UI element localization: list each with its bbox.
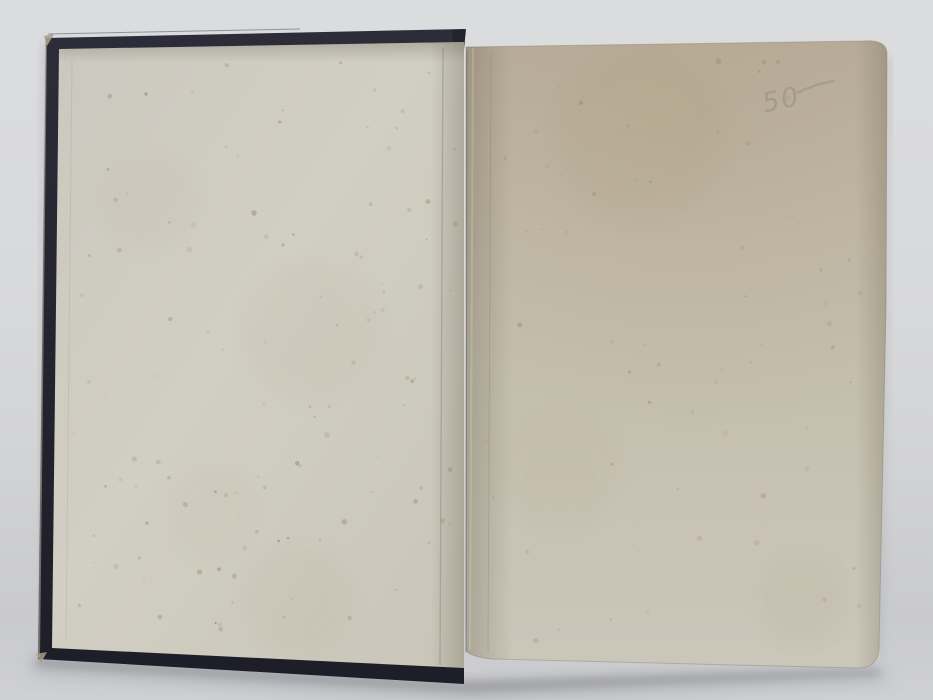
foxing-spot xyxy=(158,615,163,620)
foxing-spot xyxy=(842,567,843,568)
foxing-spot xyxy=(381,283,383,285)
foxing-spot xyxy=(395,589,397,591)
foxing-spot xyxy=(714,381,717,384)
foxing-spot xyxy=(761,343,763,345)
foxing-spot xyxy=(277,540,280,543)
foxing-spot xyxy=(263,342,266,345)
foxing-spot xyxy=(218,627,223,632)
foxing-spot xyxy=(383,291,386,294)
foxing-spot xyxy=(263,403,265,405)
stain-blotch xyxy=(555,55,725,225)
foxing-spot xyxy=(543,523,545,525)
foxing-spot xyxy=(187,247,192,252)
foxing-spot xyxy=(380,308,384,312)
foxing-spot xyxy=(753,293,755,295)
foxing-spot xyxy=(643,343,646,346)
foxing-spot xyxy=(366,126,368,128)
foxing-spot xyxy=(541,229,543,231)
foxing-spot xyxy=(213,97,215,99)
foxing-spot xyxy=(78,604,81,607)
right-flyleaf-page: 50 xyxy=(440,30,900,690)
foxing-spot xyxy=(292,233,294,235)
foxing-spot xyxy=(278,120,281,123)
foxing-spot xyxy=(652,185,654,187)
foxing-spot xyxy=(138,556,141,559)
foxing-spot xyxy=(200,240,202,242)
foxing-spot xyxy=(723,431,728,436)
foxing-spot xyxy=(156,375,159,378)
foxing-spot xyxy=(319,538,322,541)
foxing-spot xyxy=(758,70,760,72)
foxing-spot xyxy=(287,537,290,540)
foxing-spot xyxy=(719,367,723,371)
foxing-spot xyxy=(418,284,423,289)
foxing-spot xyxy=(848,259,851,262)
foxing-spot xyxy=(267,215,269,217)
stain-blotch xyxy=(245,545,355,655)
foxing-spot xyxy=(255,530,258,533)
foxing-spot xyxy=(206,331,209,334)
foxing-spot xyxy=(823,301,828,306)
foxing-spot xyxy=(648,401,651,404)
foxing-spot xyxy=(104,485,107,488)
foxing-spot xyxy=(113,564,119,570)
foxing-spot xyxy=(741,246,745,250)
foxing-spot xyxy=(657,363,661,367)
foxing-spot xyxy=(428,72,430,74)
foxing-spot xyxy=(80,293,84,297)
foxing-spot xyxy=(448,467,453,472)
foxing-spot xyxy=(224,493,228,497)
stain-blotch xyxy=(165,465,255,555)
foxing-spot xyxy=(106,168,109,171)
foxing-spot xyxy=(324,432,330,438)
foxing-spot xyxy=(215,622,217,624)
foxing-spot xyxy=(144,92,148,96)
foxing-spot xyxy=(865,234,867,236)
foxing-spot xyxy=(526,230,528,232)
foxing-spot xyxy=(167,476,171,480)
photo-scene: 50 xyxy=(0,0,933,700)
foxing-spot xyxy=(72,433,74,435)
cloth-top-sheen xyxy=(48,29,300,34)
foxing-spot xyxy=(611,463,614,466)
foxing-spot xyxy=(347,616,351,620)
foxing-spot xyxy=(237,155,239,157)
foxing-spot xyxy=(145,522,148,525)
foxing-spot xyxy=(611,340,615,344)
foxing-spot xyxy=(691,411,694,414)
foxing-spot xyxy=(562,174,564,176)
foxing-spot xyxy=(132,457,137,462)
foxing-spot xyxy=(850,381,852,383)
foxing-spot xyxy=(251,210,257,216)
foxing-spot xyxy=(183,413,185,415)
foxing-spot xyxy=(377,456,379,458)
foxing-spot xyxy=(819,269,822,272)
right-page-texture xyxy=(440,30,900,690)
foxing-spot xyxy=(117,248,122,253)
foxing-spot xyxy=(291,598,293,600)
foxing-spot xyxy=(217,567,221,571)
foxing-spot xyxy=(426,199,431,204)
foxing-spot xyxy=(222,349,224,351)
foxing-spot xyxy=(449,522,451,524)
foxing-spot xyxy=(126,193,128,195)
foxing-spot xyxy=(449,289,452,292)
foxing-spot xyxy=(168,221,170,223)
foxing-spot xyxy=(805,427,808,430)
foxing-spot xyxy=(282,109,284,111)
foxing-spot xyxy=(143,580,146,583)
foxing-spot xyxy=(822,598,826,602)
foxing-spot xyxy=(225,63,229,67)
foxing-spot xyxy=(827,321,833,327)
foxing-spot xyxy=(114,198,118,202)
foxing-spot xyxy=(191,91,194,94)
foxing-spot xyxy=(426,239,428,241)
foxing-spot xyxy=(263,486,266,489)
foxing-spot xyxy=(309,405,312,408)
foxing-spot xyxy=(857,604,862,609)
foxing-spot xyxy=(776,60,780,64)
foxing-spot xyxy=(214,490,217,493)
foxing-spot xyxy=(484,440,488,444)
foxing-spot xyxy=(369,202,373,206)
foxing-spot xyxy=(156,460,161,465)
stain-blotch xyxy=(240,260,380,400)
foxing-spot xyxy=(197,569,202,574)
foxing-spot xyxy=(639,551,640,552)
foxing-spot xyxy=(533,129,538,134)
foxing-spot xyxy=(494,206,496,208)
foxing-spot xyxy=(503,157,506,160)
foxing-spot xyxy=(858,291,863,296)
foxing-spot xyxy=(533,613,535,615)
foxing-spot xyxy=(761,493,767,499)
foxing-spot xyxy=(750,361,752,363)
foxing-spot xyxy=(135,486,137,488)
foxing-spot xyxy=(88,254,91,257)
foxing-spot xyxy=(453,147,456,150)
foxing-spot xyxy=(191,223,196,228)
foxing-spot xyxy=(557,628,560,631)
foxing-spot xyxy=(351,360,356,365)
foxing-spot xyxy=(225,146,227,148)
foxing-spot xyxy=(545,165,548,168)
foxing-spot xyxy=(804,466,809,471)
foxing-spot xyxy=(373,88,377,92)
stain-blotch xyxy=(500,410,620,530)
foxing-spot xyxy=(401,109,405,113)
foxing-spot xyxy=(403,404,405,406)
foxing-spot xyxy=(492,497,494,499)
foxing-spot xyxy=(427,542,430,545)
foxing-spot xyxy=(243,546,247,550)
foxing-spot xyxy=(103,393,105,395)
foxing-spot xyxy=(395,127,398,130)
foxing-spot xyxy=(359,255,362,258)
foxing-spot xyxy=(419,486,423,490)
foxing-spot xyxy=(93,562,95,564)
foxing-spot xyxy=(558,87,560,89)
foxing-spot xyxy=(754,540,760,546)
foxing-spot xyxy=(626,124,630,128)
foxing-spot xyxy=(298,464,302,468)
foxing-spot xyxy=(440,518,445,523)
foxing-spot xyxy=(609,618,612,621)
foxing-spot xyxy=(642,497,644,499)
foxing-spot xyxy=(282,616,285,619)
foxing-spot xyxy=(762,60,767,65)
foxing-spot xyxy=(649,180,652,183)
foxing-spot xyxy=(533,638,538,643)
foxing-spot xyxy=(87,379,91,383)
foxing-spot xyxy=(645,610,650,615)
foxing-spot xyxy=(234,491,237,494)
foxing-spot xyxy=(853,567,856,570)
foxing-spot xyxy=(93,535,95,537)
foxing-spot xyxy=(407,208,411,212)
foxing-spot xyxy=(372,491,374,493)
foxing-spot xyxy=(628,370,631,373)
foxing-spot xyxy=(525,550,529,554)
foxing-spot xyxy=(183,502,188,507)
foxing-spot xyxy=(342,519,348,525)
foxing-spot xyxy=(532,291,534,293)
foxing-spot xyxy=(790,214,794,218)
left-pastedown-endpaper xyxy=(52,42,468,672)
foxing-spot xyxy=(336,324,338,326)
foxing-spot xyxy=(770,628,772,630)
foxing-spot xyxy=(168,317,172,321)
foxing-spot xyxy=(517,322,522,327)
foxing-spot xyxy=(339,61,342,64)
foxing-spot xyxy=(257,475,260,478)
foxing-spot xyxy=(107,94,112,99)
left-gutter-shading xyxy=(430,42,468,672)
foxing-spot xyxy=(218,623,222,627)
gutter-fold xyxy=(465,44,468,670)
open-book-photograph: 50 xyxy=(0,0,933,700)
foxing-spot xyxy=(716,59,722,65)
foxing-spot xyxy=(697,536,702,541)
foxing-spot xyxy=(281,243,285,247)
foxing-spot xyxy=(231,602,233,604)
foxing-spot xyxy=(119,478,122,481)
foxing-spot xyxy=(410,379,414,383)
foxing-spot xyxy=(716,130,719,133)
foxing-spot xyxy=(636,180,638,182)
foxing-spot xyxy=(414,377,416,379)
foxing-spot xyxy=(579,101,584,106)
foxing-spot xyxy=(366,318,371,323)
foxing-spot xyxy=(354,252,358,256)
foxing-spot xyxy=(232,574,237,579)
foxing-spot xyxy=(746,141,751,146)
foxing-spot xyxy=(413,499,418,504)
foxing-spot xyxy=(373,311,376,314)
foxing-spot xyxy=(677,488,679,490)
foxing-spot xyxy=(453,222,458,227)
foxing-spot xyxy=(264,234,268,238)
foxing-spot xyxy=(745,295,747,297)
foxing-spot xyxy=(831,345,835,349)
foxing-spot xyxy=(592,192,596,196)
foxing-spot xyxy=(386,146,391,151)
fore-edge-shading xyxy=(856,30,890,680)
foxing-spot xyxy=(565,230,570,235)
foxing-spot xyxy=(406,376,410,380)
foxing-spot xyxy=(139,526,141,528)
foxing-spot xyxy=(313,415,316,418)
foxing-spot xyxy=(328,405,331,408)
foxing-spot xyxy=(320,296,322,298)
